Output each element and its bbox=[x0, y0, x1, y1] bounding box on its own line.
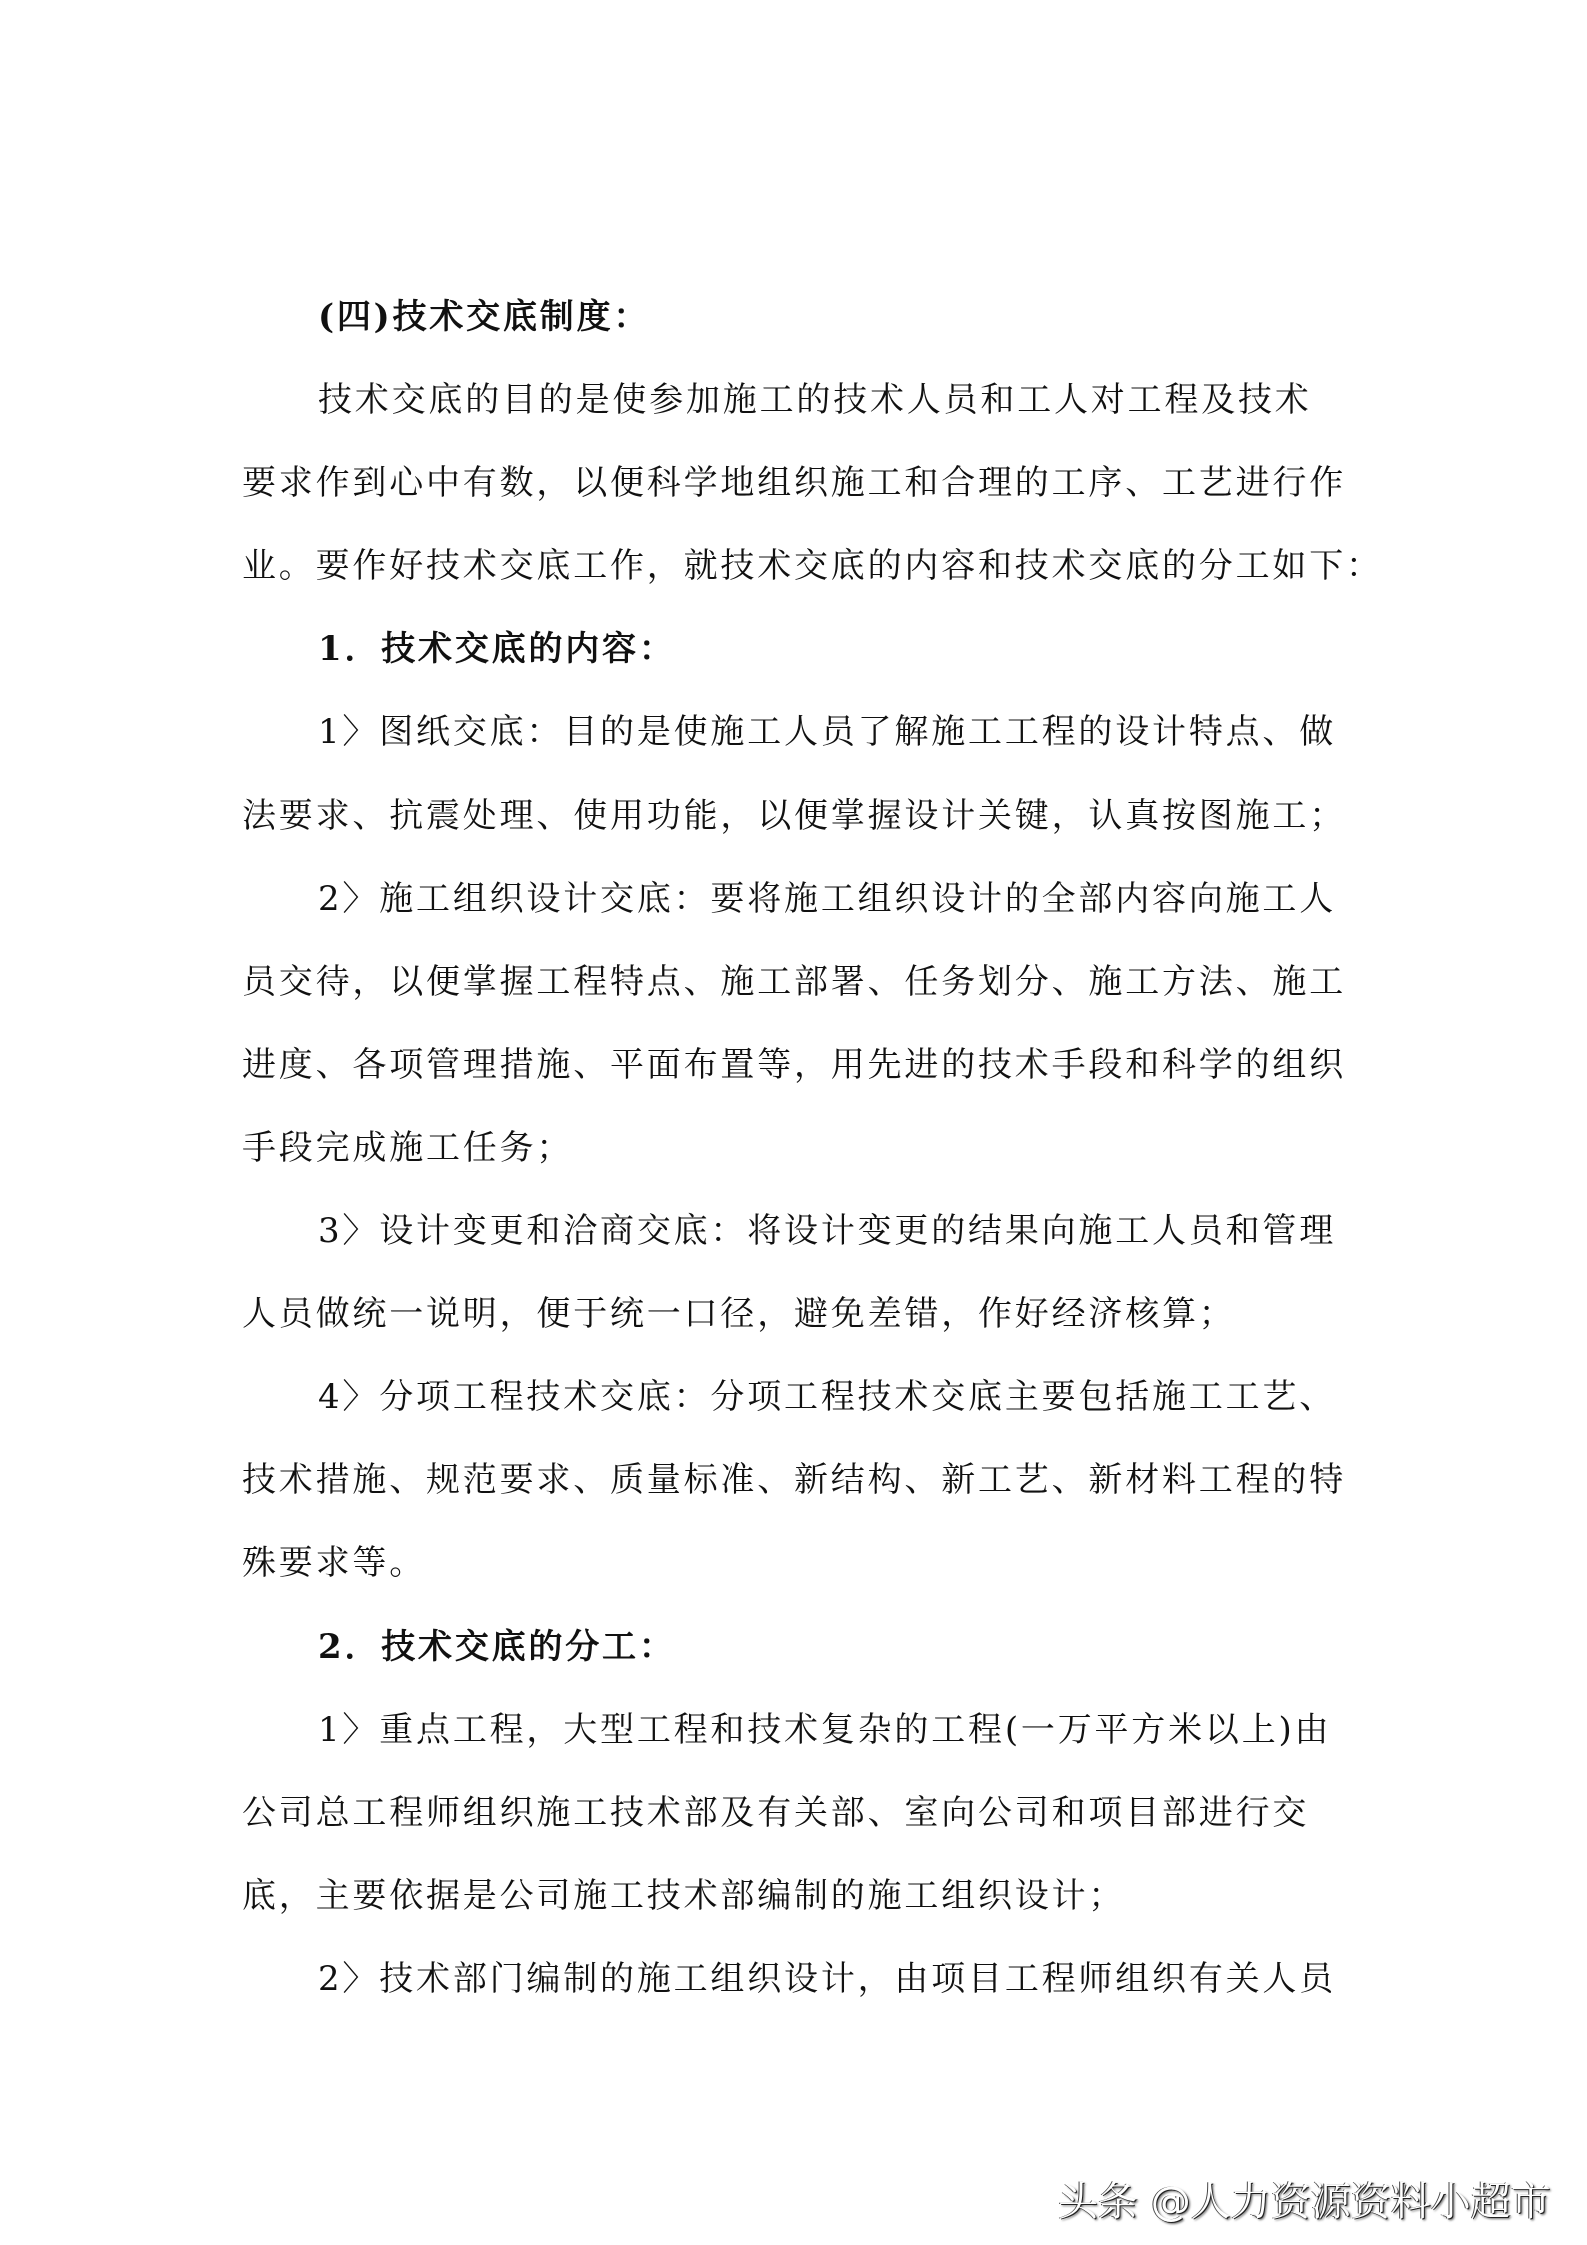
item-drawing-briefing: 1〉图纸交底：目的是使施工人员了解施工工程的设计特点、做 法要求、抗震处理、使用… bbox=[242, 691, 1352, 857]
paragraph-line: 2〉技术部门编制的施工组织设计，由项目工程师组织有关人员 bbox=[242, 1938, 1352, 2021]
paragraph-line: 人员做统一说明，便于统一口径，避免差错，作好经济核算； bbox=[242, 1273, 1352, 1356]
paragraph-line: 公司总工程师组织施工技术部及有关部、室向公司和项目部进行交 bbox=[242, 1772, 1352, 1855]
section-heading: (四)技术交底制度： bbox=[242, 276, 1352, 359]
paragraph-line: 2〉施工组织设计交底：要将施工组织设计的全部内容向施工人 bbox=[242, 858, 1352, 941]
paragraph-line: 要求作到心中有数，以便科学地组织施工和合理的工序、工艺进行作 bbox=[242, 442, 1352, 525]
item-subdivision-briefing: 4〉分项工程技术交底：分项工程技术交底主要包括施工工艺、 技术措施、规范要求、质… bbox=[242, 1356, 1352, 1605]
paragraph-line: 1〉重点工程，大型工程和技术复杂的工程(一万平方米以上)由 bbox=[242, 1689, 1352, 1772]
paragraph-line: 手段完成施工任务； bbox=[242, 1107, 1352, 1190]
document-body: (四)技术交底制度： 技术交底的目的是使参加施工的技术人员和工人对工程及技术 要… bbox=[242, 276, 1352, 2021]
subsection-heading-content: 1．技术交底的内容： bbox=[242, 608, 1352, 691]
subsection-heading-division: 2．技术交底的分工： bbox=[242, 1606, 1352, 1689]
paragraph-line: 业。要作好技术交底工作，就技术交底的内容和技术交底的分工如下： bbox=[242, 525, 1352, 608]
item-technical-department: 2〉技术部门编制的施工组织设计，由项目工程师组织有关人员 bbox=[242, 1938, 1352, 2021]
paragraph-line: 1〉图纸交底：目的是使施工人员了解施工工程的设计特点、做 bbox=[242, 691, 1352, 774]
paragraph-line: 进度、各项管理措施、平面布置等，用先进的技术手段和科学的组织 bbox=[242, 1024, 1352, 1107]
paragraph-line: 技术措施、规范要求、质量标准、新结构、新工艺、新材料工程的特 bbox=[242, 1439, 1352, 1522]
item-construction-design-briefing: 2〉施工组织设计交底：要将施工组织设计的全部内容向施工人 员交待，以便掌握工程特… bbox=[242, 858, 1352, 1190]
paragraph-line: 4〉分项工程技术交底：分项工程技术交底主要包括施工工艺、 bbox=[242, 1356, 1352, 1439]
source-watermark: 头条 @人力资源资料小超市 bbox=[1058, 2170, 1551, 2227]
document-page: (四)技术交底制度： 技术交底的目的是使参加施工的技术人员和工人对工程及技术 要… bbox=[0, 0, 1587, 2245]
paragraph-line: 技术交底的目的是使参加施工的技术人员和工人对工程及技术 bbox=[242, 359, 1352, 442]
paragraph-line: 3〉设计变更和洽商交底：将设计变更的结果向施工人员和管理 bbox=[242, 1190, 1352, 1273]
item-key-projects: 1〉重点工程，大型工程和技术复杂的工程(一万平方米以上)由 公司总工程师组织施工… bbox=[242, 1689, 1352, 1938]
paragraph-line: 殊要求等。 bbox=[242, 1522, 1352, 1605]
paragraph-line: 底，主要依据是公司施工技术部编制的施工组织设计； bbox=[242, 1855, 1352, 1938]
paragraph-line: 法要求、抗震处理、使用功能，以便掌握设计关键，认真按图施工； bbox=[242, 775, 1352, 858]
intro-paragraph: 技术交底的目的是使参加施工的技术人员和工人对工程及技术 要求作到心中有数，以便科… bbox=[242, 359, 1352, 608]
paragraph-line: 员交待，以便掌握工程特点、施工部署、任务划分、施工方法、施工 bbox=[242, 941, 1352, 1024]
item-design-change-briefing: 3〉设计变更和洽商交底：将设计变更的结果向施工人员和管理 人员做统一说明，便于统… bbox=[242, 1190, 1352, 1356]
